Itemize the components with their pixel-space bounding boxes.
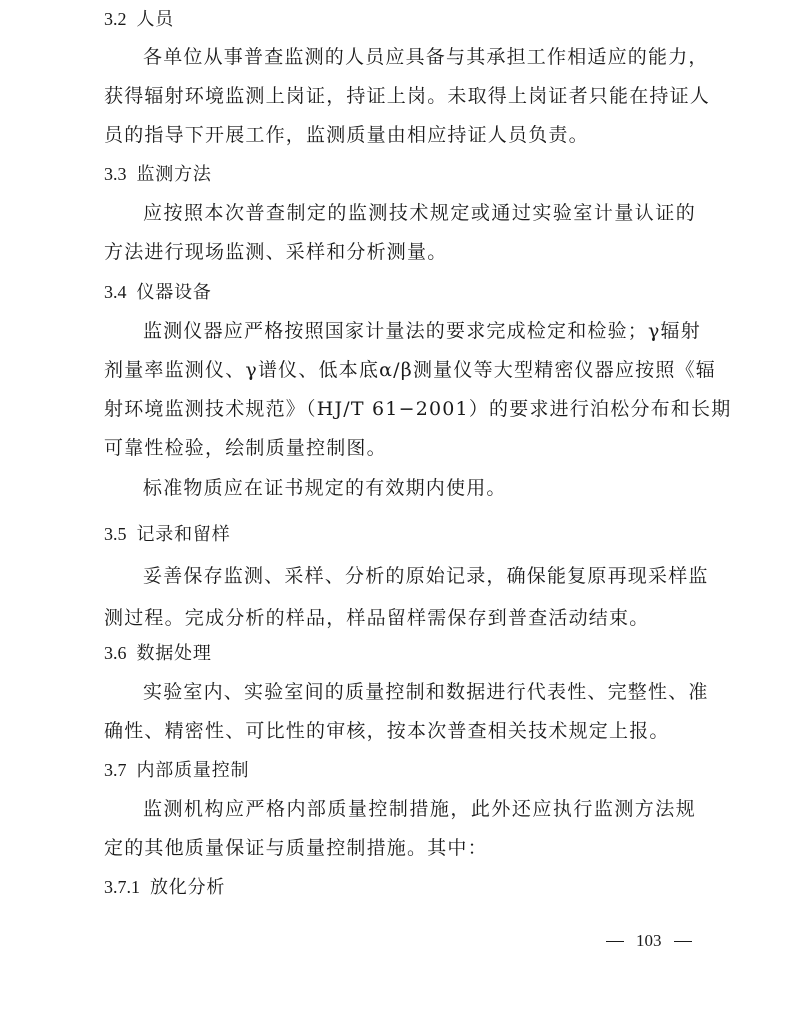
paragraph-line: 可靠性检验，绘制质量控制图。 — [104, 435, 696, 461]
paragraph-line: 剂量率监测仪、γ谱仪、低本底α/β测量仪等大型精密仪器应按照《辐 — [104, 357, 696, 383]
paragraph-line: 各单位从事普查监测的人员应具备与其承担工作相适应的能力， — [143, 44, 696, 70]
paragraph-line: 实验室内、实验室间的质量控制和数据进行代表性、完整性、准 — [143, 679, 696, 705]
paragraph-line: 确性、精密性、可比性的审核，按本次普查相关技术规定上报。 — [104, 718, 696, 744]
section-title: 记录和留样 — [137, 524, 231, 545]
paragraph-line: 定的其他质量保证与质量控制措施。其中： — [104, 835, 696, 861]
paragraph-line: 测过程。完成分析的样品，样品留样需保存到普查活动结束。 — [104, 605, 696, 631]
section-heading-3-7: 3.7内部质量控制 — [104, 757, 696, 784]
section-heading-3-6: 3.6数据处理 — [104, 640, 696, 667]
page-number: 103 — [636, 929, 662, 953]
section-title: 放化分析 — [150, 877, 225, 898]
section-heading-3-4: 3.4仪器设备 — [104, 279, 696, 306]
page-number-footer: 103 — [606, 929, 692, 953]
dash-left-decoration — [606, 941, 624, 942]
section-number: 3.6 — [104, 643, 127, 663]
section-number: 3.2 — [104, 9, 127, 29]
section-heading-3-5: 3.5记录和留样 — [104, 521, 696, 548]
document-page: 3.2人员 各单位从事普查监测的人员应具备与其承担工作相适应的能力， 获得辐射环… — [0, 0, 800, 1021]
paragraph-line: 妥善保存监测、采样、分析的原始记录，确保能复原再现采样监 — [143, 563, 696, 589]
section-heading-3-7-1: 3.7.1放化分析 — [104, 874, 696, 901]
paragraph-line: 应按照本次普查制定的监测技术规定或通过实验室计量认证的 — [143, 200, 696, 226]
section-title: 监测方法 — [137, 164, 212, 185]
paragraph-line: 标准物质应在证书规定的有效期内使用。 — [143, 475, 696, 501]
section-heading-3-2: 3.2人员 — [104, 6, 696, 33]
paragraph-line: 获得辐射环境监测上岗证，持证上岗。未取得上岗证者只能在持证人 — [104, 83, 696, 109]
section-title: 仪器设备 — [137, 282, 212, 303]
section-number: 3.5 — [104, 524, 127, 544]
section-heading-3-3: 3.3监测方法 — [104, 161, 696, 188]
paragraph-line: 监测机构应严格内部质量控制措施，此外还应执行监测方法规 — [143, 796, 696, 822]
section-number: 3.7.1 — [104, 877, 140, 897]
section-number: 3.4 — [104, 282, 127, 302]
section-title: 内部质量控制 — [137, 760, 250, 781]
section-title: 人员 — [137, 9, 175, 30]
paragraph-line: 员的指导下开展工作，监测质量由相应持证人员负责。 — [104, 122, 696, 148]
paragraph-line: 射环境监测技术规范》（HJ/T 61−2001）的要求进行泊松分布和长期 — [104, 396, 696, 422]
section-title: 数据处理 — [137, 643, 212, 664]
section-number: 3.7 — [104, 760, 127, 780]
dash-right-decoration — [674, 941, 692, 942]
paragraph-line: 方法进行现场监测、采样和分析测量。 — [104, 239, 696, 265]
paragraph-line: 监测仪器应严格按照国家计量法的要求完成检定和检验；γ辐射 — [143, 318, 696, 344]
section-number: 3.3 — [104, 164, 127, 184]
